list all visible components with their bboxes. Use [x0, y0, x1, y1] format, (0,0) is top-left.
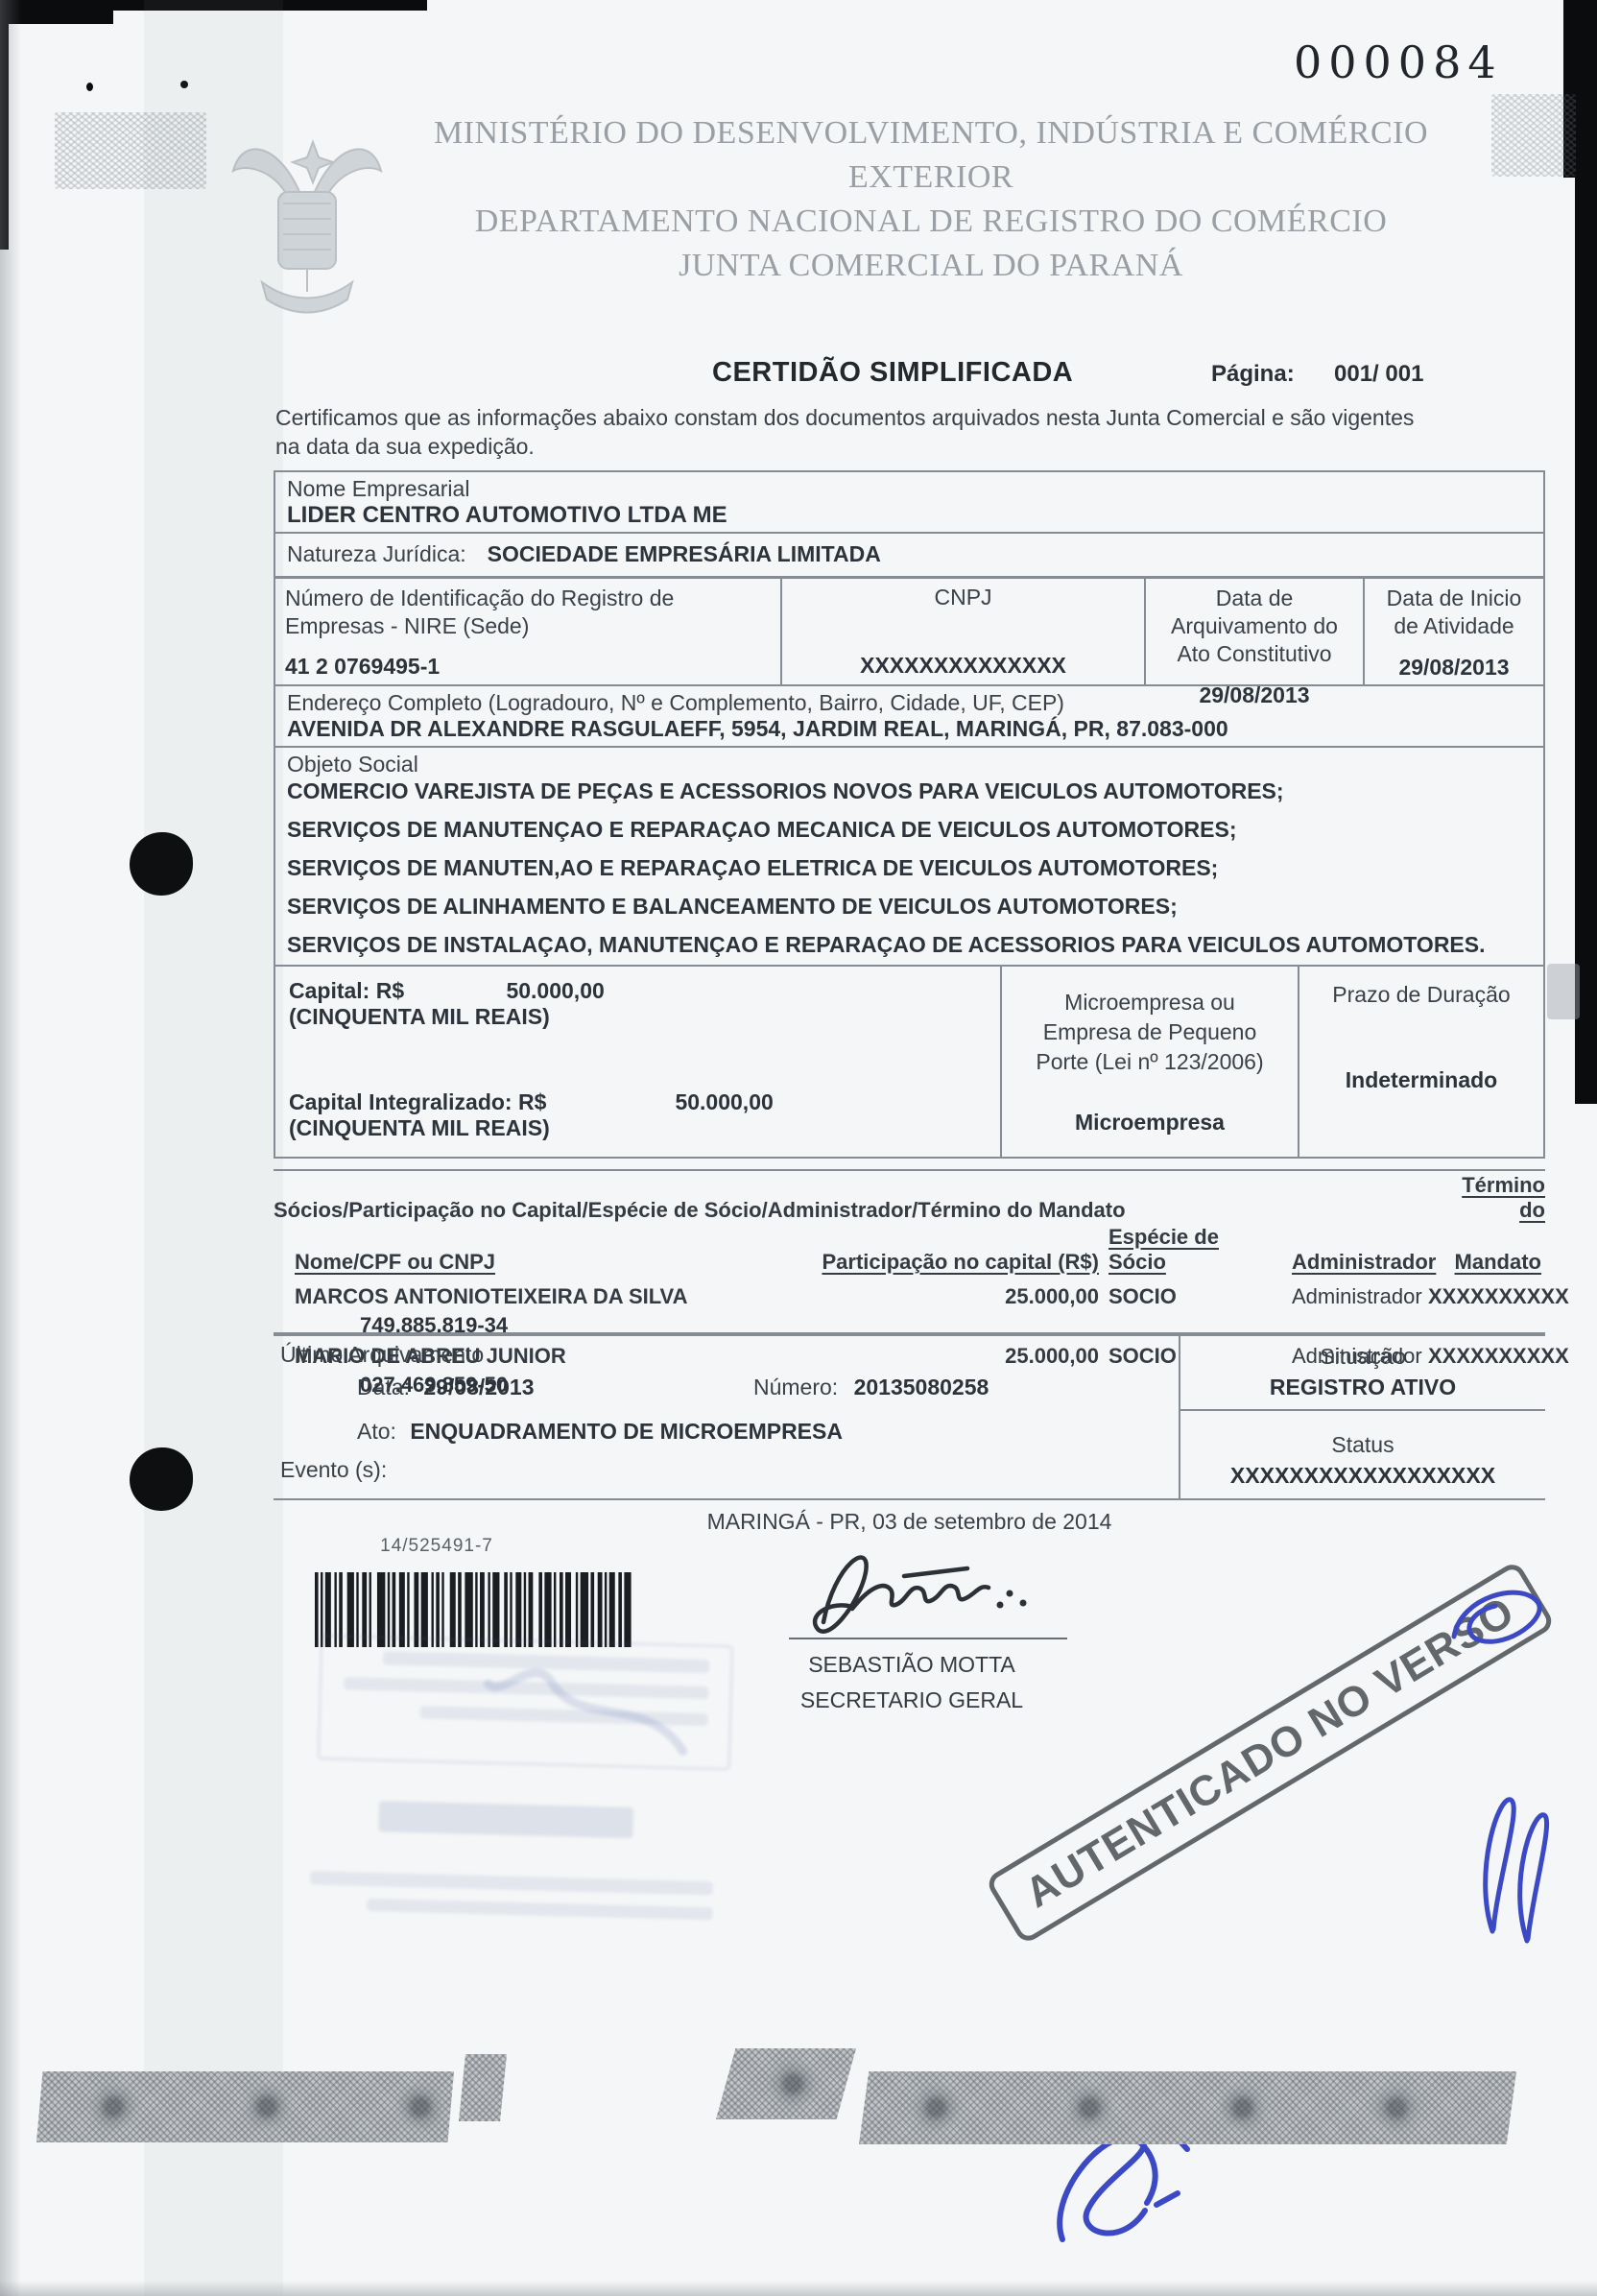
last-filing-date-value: 29/08/2013 — [423, 1375, 534, 1399]
duration-cell: Prazo de Duração Indeterminado — [1299, 967, 1543, 1157]
paid-capital-words: (CINQUENTA MIL REAIS) — [289, 1115, 987, 1141]
business-purpose-item: SERVIÇOS DE INSTALAÇAO, MANUTENÇAO E REP… — [287, 932, 1532, 970]
events-label: Evento (s): — [280, 1457, 387, 1483]
corner-guilloche-stamp-left — [55, 112, 206, 189]
cnpj-cell: CNPJ XXXXXXXXXXXXXX — [782, 579, 1146, 684]
signer-block: SEBASTIÃO MOTTA SECRETARIO GERAL — [739, 1647, 1085, 1718]
hole-punch-top — [130, 832, 193, 896]
cnpj-label: CNPJ — [792, 585, 1134, 610]
ministry-line-2: DEPARTAMENTO NACIONAL DE REGISTRO DO COM… — [403, 200, 1459, 244]
last-filing-date: Data: 29/08/2013 — [357, 1375, 535, 1400]
partners-col-especie: Espécie de Sócio — [1099, 1225, 1276, 1275]
partner-type: SOCIO — [1099, 1284, 1276, 1309]
paid-capital-label: Capital Integralizado: R$ — [289, 1089, 671, 1115]
scanned-certificate-page: MINISTÉRIO DO DESENVOLVIMENTO, INDÚSTRIA… — [0, 0, 1597, 2296]
legal-nature-row: Natureza Jurídica: SOCIEDADE EMPRESÁRIA … — [275, 534, 1543, 579]
company-name-value: LIDER CENTRO AUTOMOTIVO LTDA ME — [287, 502, 1532, 529]
capital-value: 50.000,00 — [506, 978, 604, 1003]
partners-col-termino-line1: Término do — [1432, 1173, 1545, 1223]
coat-of-arms-logo — [226, 108, 389, 323]
ministry-line-3: JUNTA COMERCIAL DO PARANÁ — [403, 244, 1459, 288]
hole-punch-bottom — [130, 1447, 193, 1511]
signature-line — [789, 1638, 1067, 1639]
status-divider — [1180, 1409, 1545, 1411]
pen-mark-loop — [1440, 1579, 1564, 1670]
legal-nature-value: SOCIEDADE EMPRESÁRIA LIMITADA — [488, 541, 881, 567]
signer-name: SEBASTIÃO MOTTA — [739, 1647, 1085, 1683]
nire-label: Número de Identificação do Registro de E… — [285, 585, 771, 640]
last-filing-act-value: ENQUADRAMENTO DE MICROEMPRESA — [410, 1419, 843, 1444]
microenterprise-value: Microempresa — [1012, 1110, 1288, 1136]
company-name-label: Nome Empresarial — [287, 476, 1532, 502]
capital-words: (CINQUENTA MIL REAIS) — [289, 1004, 987, 1030]
place-date-line: MARINGÁ - PR, 03 de setembro de 2014 — [274, 1509, 1545, 1535]
signer-title: SECRETARIO GERAL — [739, 1683, 1085, 1718]
duration-value: Indeterminado — [1309, 1067, 1534, 1093]
microenterprise-cell: Microempresa ou Empresa de Pequeno Porte… — [1002, 967, 1299, 1157]
ministry-line-1: MINISTÉRIO DO DESENVOLVIMENTO, INDÚSTRIA… — [403, 111, 1459, 200]
page-label: Página: — [1211, 361, 1295, 388]
business-purpose-item: SERVIÇOS DE MANUTENÇAO E REPARAÇAO MECAN… — [287, 817, 1532, 855]
address-value: AVENIDA DR ALEXANDRE RASGULAEFF, 5954, J… — [287, 716, 1532, 742]
situation-value: REGISTRO ATIVO — [1180, 1375, 1545, 1400]
cnpj-value: XXXXXXXXXXXXXX — [792, 653, 1134, 679]
security-strip-fragment — [459, 2054, 507, 2121]
capital-cell: Capital: R$ 50.000,00 (CINQUENTA MIL REA… — [275, 967, 1002, 1157]
partner-name: MARCOS ANTONIOTEIXEIRA DA SILVA — [274, 1284, 797, 1309]
company-data-table: Nome Empresarial LIDER CENTRO AUTOMOTIVO… — [274, 470, 1545, 1159]
scan-fold-band — [144, 0, 230, 2296]
page-value: 001/ 001 — [1334, 361, 1423, 388]
nire-cell: Número de Identificação do Registro de E… — [275, 579, 782, 684]
legal-nature-label: Natureza Jurídica: — [287, 541, 466, 567]
business-purpose-row: Objeto Social COMERCIO VAREJISTA DE PEÇA… — [275, 748, 1543, 967]
partner-row: MARCOS ANTONIOTEIXEIRA DA SILVA 25.000,0… — [274, 1284, 1545, 1338]
business-purpose-item: SERVIÇOS DE MANUTEN,AO E REPARAÇAO ELETR… — [287, 855, 1532, 894]
partner-participation: 25.000,00 — [797, 1284, 1099, 1309]
nire-value: 41 2 0769495-1 — [285, 654, 771, 680]
partner-term: XXXXXXXXXX — [1428, 1284, 1541, 1309]
certification-text: Certificamos que as informações abaixo c… — [275, 403, 1547, 461]
document-title: CERTIDÃO SIMPLIFICADA — [712, 357, 1073, 389]
filing-date-cell: Data de Arquivamento do Ato Constitutivo… — [1146, 579, 1365, 684]
activity-start-label: Data de Inicio de Atividade — [1374, 585, 1534, 640]
last-filing-number-value: 20135080258 — [854, 1375, 989, 1399]
last-filing-act: Ato: ENQUADRAMENTO DE MICROEMPRESA — [357, 1419, 843, 1445]
barcode-number: 14/525491-7 — [326, 1536, 547, 1557]
situation-label: Situação — [1180, 1344, 1545, 1370]
certification-line-1: Certificamos que as informações abaixo c… — [275, 403, 1547, 432]
scan-shadow-left — [0, 0, 21, 2296]
capital-row: Capital: R$ 50.000,00 (CINQUENTA MIL REA… — [275, 967, 1543, 1157]
last-filing-label: Último Arquivamento — [280, 1342, 484, 1368]
scan-smudge — [1547, 964, 1580, 1019]
filing-date-label: Data de Arquivamento do Ato Constitutivo — [1156, 585, 1353, 668]
partners-col-admin: Administrador — [1276, 1250, 1428, 1275]
pen-mark-strokes — [1464, 1785, 1560, 1953]
paid-capital-value: 50.000,00 — [675, 1089, 773, 1114]
partners-col-participacao: Participação no capital (R$) — [797, 1250, 1099, 1275]
status-value: XXXXXXXXXXXXXXXXXX — [1180, 1463, 1545, 1489]
last-filing-act-label: Ato: — [357, 1419, 396, 1444]
last-filing-number: Número: 20135080258 — [753, 1375, 989, 1400]
security-strip-right — [859, 2071, 1516, 2144]
bleed-through-stamp — [283, 1626, 753, 1993]
partners-col-termino-line2: Mandato — [1428, 1250, 1541, 1275]
capital-label: Capital: R$ — [289, 978, 502, 1004]
activity-start-cell: Data de Inicio de Atividade 29/08/2013 — [1365, 579, 1543, 684]
company-name-row: Nome Empresarial LIDER CENTRO AUTOMOTIVO… — [275, 472, 1543, 534]
partner-admin: Administrador — [1276, 1284, 1428, 1309]
filing-date-value: 29/08/2013 — [1156, 682, 1353, 708]
partners-table: Sócios/Participação no Capital/Espécie d… — [274, 1169, 1545, 1334]
certification-line-2: na data da sua expedição. — [275, 432, 1547, 461]
document-number-stamp: 000084 — [1294, 36, 1543, 88]
ministry-header: MINISTÉRIO DO DESENVOLVIMENTO, INDÚSTRIA… — [403, 111, 1459, 288]
status-label: Status — [1180, 1432, 1545, 1458]
secretary-signature — [797, 1534, 1065, 1644]
activity-start-value: 29/08/2013 — [1374, 655, 1534, 681]
scan-speck — [86, 83, 93, 91]
bleed-through-pen — [481, 1660, 695, 1781]
last-filing-number-label: Número: — [753, 1375, 838, 1399]
partners-section-label: Sócios/Participação no Capital/Espécie d… — [274, 1198, 1432, 1223]
partners-col-nome: Nome/CPF ou CNPJ — [274, 1250, 797, 1275]
last-filing-date-label: Data: — [357, 1375, 410, 1399]
business-purpose-item: COMERCIO VAREJISTA DE PEÇAS E ACESSORIOS… — [287, 778, 1532, 817]
security-strip-left — [36, 2071, 454, 2142]
microenterprise-label: Microempresa ou Empresa de Pequeno Porte… — [1012, 988, 1288, 1077]
registration-row: Número de Identificação do Registro de E… — [275, 579, 1543, 686]
business-purpose-item: SERVIÇOS DE ALINHAMENTO E BALANCEAMENTO … — [287, 894, 1532, 932]
corner-guilloche-stamp-right — [1491, 94, 1576, 177]
security-strip-middle — [716, 2048, 856, 2119]
business-purpose-label: Objeto Social — [287, 752, 1532, 778]
duration-label: Prazo de Duração — [1309, 982, 1534, 1008]
